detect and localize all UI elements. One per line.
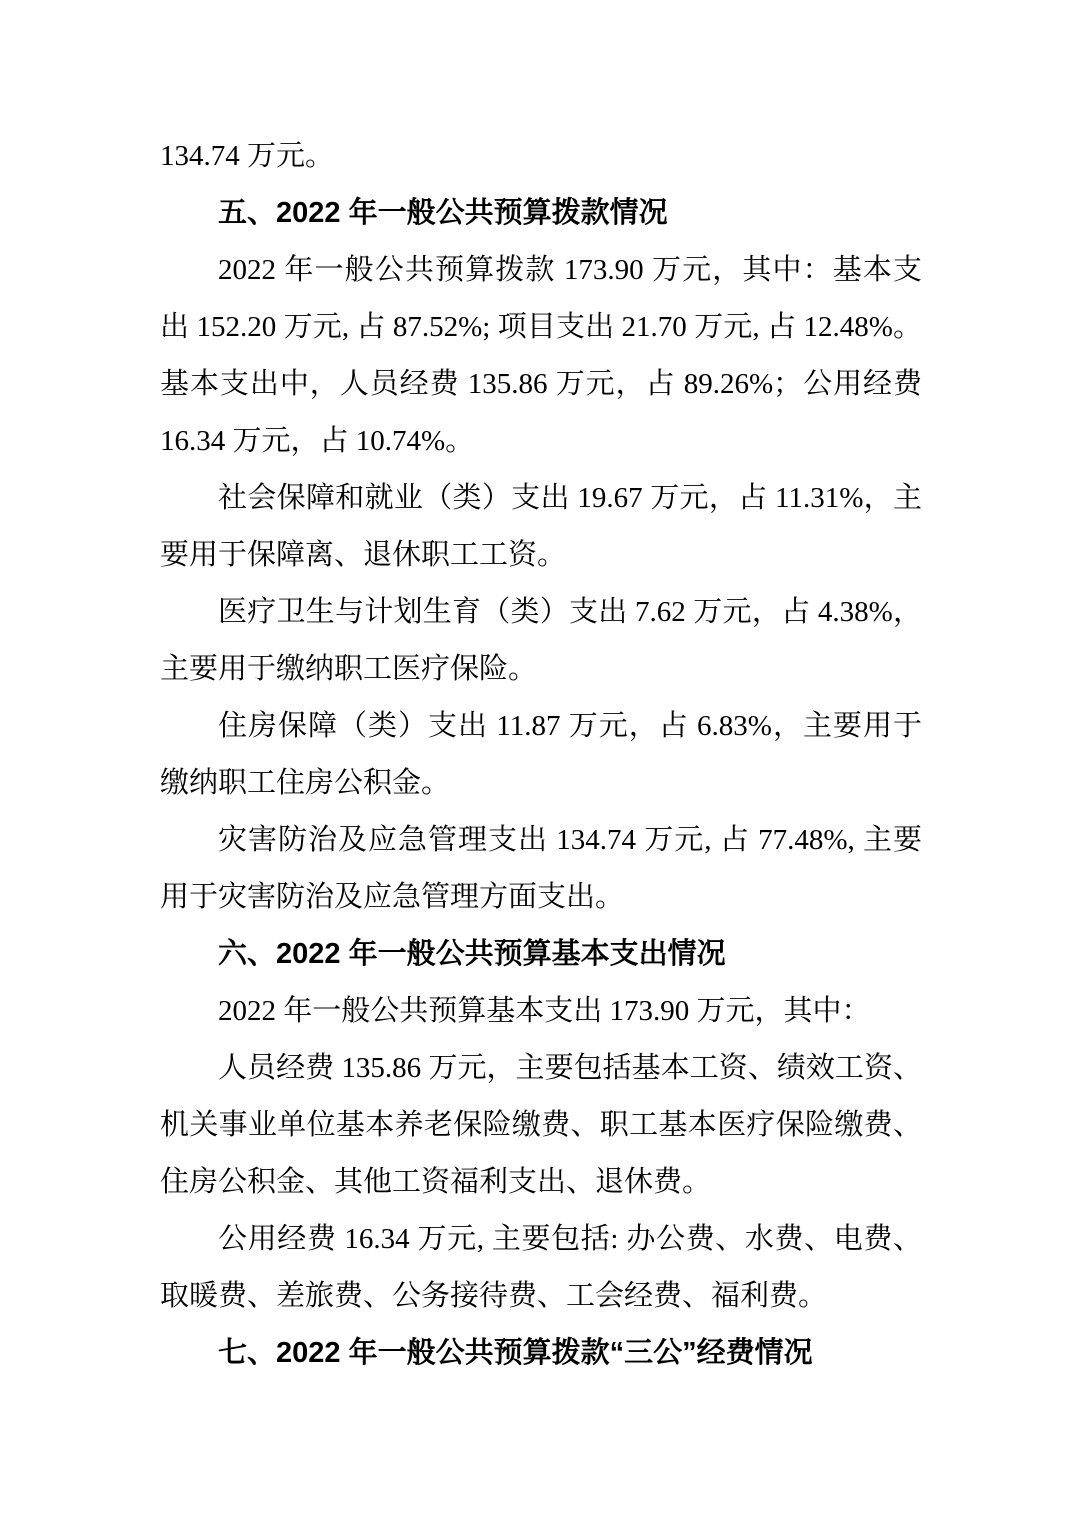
paragraph-budget-appropriation-overview: 2022 年一般公共预算拨款 173.90 万元，其中：基本支出 152.20 … [160, 242, 922, 470]
section-heading-5-budget-appropriation: 五、2022 年一般公共预算拨款情况 [160, 185, 922, 242]
section-heading-6-basic-expenditure: 六、2022 年一般公共预算基本支出情况 [160, 926, 922, 983]
paragraph-public-expenses: 公用经费 16.34 万元, 主要包括: 办公费、水费、电费、取暖费、差旅费、公… [160, 1211, 922, 1325]
paragraph-personnel-expenses: 人员经费 135.86 万元，主要包括基本工资、绩效工资、机关事业单位基本养老保… [160, 1040, 922, 1211]
paragraph-housing-security: 住房保障（类）支出 11.87 万元，占 6.83%，主要用于缴纳职工住房公积金… [160, 698, 922, 812]
paragraph-disaster-prevention: 灾害防治及应急管理支出 134.74 万元, 占 77.48%, 主要用于灾害防… [160, 812, 922, 926]
paragraph-medical-health: 医疗卫生与计划生育（类）支出 7.62 万元，占 4.38%，主要用于缴纳职工医… [160, 584, 922, 698]
paragraph-social-security-employment: 社会保障和就业（类）支出 19.67 万元，占 11.31%，主要用于保障离、退… [160, 470, 922, 584]
document-page: 134.74 万元。 五、2022 年一般公共预算拨款情况 2022 年一般公共… [0, 0, 1080, 1527]
paragraph-basic-expenditure-overview: 2022 年一般公共预算基本支出 173.90 万元，其中： [160, 983, 922, 1040]
section-heading-7-three-public-expenses: 七、2022 年一般公共预算拨款“三公”经费情况 [160, 1325, 922, 1382]
document-body: 134.74 万元。 五、2022 年一般公共预算拨款情况 2022 年一般公共… [160, 128, 922, 1382]
paragraph-amount-continuation: 134.74 万元。 [160, 128, 922, 185]
